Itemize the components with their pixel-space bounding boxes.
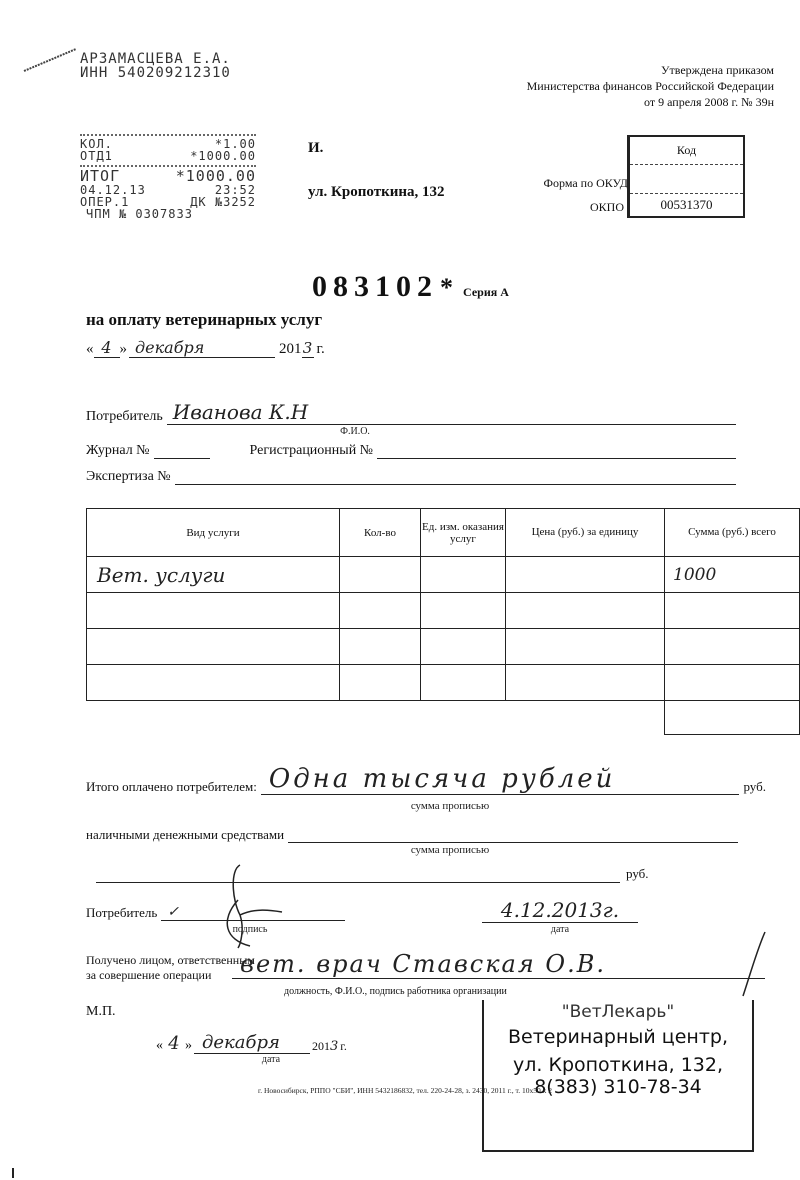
form-date-year-suffix[interactable]: 3 [302, 339, 314, 358]
cell-price[interactable] [506, 593, 665, 629]
stamp-line-1: "ВетЛекарь" [484, 1002, 752, 1022]
table-total-cell[interactable] [665, 701, 800, 735]
received-label-line-2: за совершение операции [86, 968, 255, 983]
seal-date-day[interactable]: 4 [163, 1033, 185, 1054]
cell-price[interactable] [506, 557, 665, 593]
cell-sum[interactable] [665, 665, 800, 701]
registration-label: Регистрационный № [250, 443, 374, 459]
cell-unit[interactable] [421, 593, 506, 629]
consumer-row: Потребитель Иванова К.Н [86, 400, 736, 425]
form-date-day[interactable]: 4 [94, 338, 120, 358]
receipt-eklz: ЧПМ № 0307833 [80, 208, 256, 220]
received-label-line-1: Получено лицом, ответственным [86, 953, 255, 968]
form-series: Серия А [463, 285, 509, 300]
cell-sum[interactable]: 1000 [665, 557, 800, 593]
receipt-divider [80, 134, 256, 136]
receipt-total-value: *1000.00 [176, 169, 256, 184]
printer-footer: г. Новосибирск, РППО "СБИ", ИНН 54321868… [258, 1086, 798, 1095]
cell-price[interactable] [506, 629, 665, 665]
table-row [87, 593, 800, 629]
received-label: Получено лицом, ответственным за соверше… [86, 953, 255, 983]
services-table: Вид услуги Кол-во Ед. изм. оказания услу… [86, 508, 800, 735]
quote-open: « [86, 341, 94, 358]
paid-amount-words[interactable]: Одна тысяча рублей [261, 764, 740, 795]
cell-unit[interactable] [421, 557, 506, 593]
header-total-sum: Сумма (руб.) всего [665, 509, 800, 557]
approval-line-1: Утверждена приказом [527, 62, 774, 78]
paid-unit: руб. [743, 779, 766, 795]
seal-date: « 4 » декабря 201 3 г. [156, 1032, 347, 1054]
consumer-field[interactable]: Иванова К.Н [167, 400, 736, 425]
cash-receipt: АРЗАМАСЦЕВА Е.А. ИНН 540209212310 [80, 52, 260, 80]
journal-label: Журнал № [86, 443, 150, 459]
table-row [87, 629, 800, 665]
seal-place-label: М.П. [86, 1004, 116, 1020]
codes-box: Код 00531370 [627, 135, 745, 218]
registration-field[interactable] [377, 442, 736, 459]
signature-consumer-label: Потребитель [86, 905, 157, 921]
receipt-seller-name: АРЗАМАСЦЕВА Е.А. [80, 52, 260, 66]
cash-row: наличными денежными средствами [86, 826, 738, 843]
approval-line-3: от 9 апреля 2008 г. № 39н [527, 94, 774, 110]
signature-caption: подпись [220, 924, 280, 935]
seal-date-year-unit: г. [340, 1039, 347, 1054]
cell-service[interactable]: Вет. услуги [87, 557, 340, 593]
form-number-row: 083102 * Серия А [312, 270, 509, 304]
okpo-label: ОКПО [520, 200, 624, 215]
header-quantity: Кол-во [340, 509, 421, 557]
paid-caption: сумма прописью [380, 800, 520, 812]
header-unit: Ед. изм. оказания услуг [421, 509, 506, 557]
table-total-row [87, 701, 800, 735]
approval-line-2: Министерства финансов Российской Федерац… [527, 78, 774, 94]
organization-name: И. [308, 140, 323, 157]
cell-service[interactable] [87, 629, 340, 665]
seal-date-month[interactable]: декабря [194, 1032, 310, 1054]
cell-unit[interactable] [421, 665, 506, 701]
form-date-year-unit: г. [317, 341, 325, 358]
signature-date-field[interactable]: 4.12.2013г. [482, 898, 638, 923]
journal-field[interactable] [154, 442, 210, 459]
approval-note: Утверждена приказом Министерства финансо… [527, 62, 774, 110]
table-total-spacer [87, 701, 665, 735]
pen-stroke-mark [20, 45, 80, 75]
header-unit-price: Цена (руб.) за единицу [506, 509, 665, 557]
journal-row: Журнал № Регистрационный № [86, 442, 736, 459]
receipt-body: КОЛ.*1.00 ОТД1*1000.00 ИТОГ*1000.00 04.1… [80, 134, 256, 220]
table-row: Вет. услуги 1000 [87, 557, 800, 593]
stamp-line-2: Ветеринарный центр, [484, 1026, 752, 1048]
cell-quantity[interactable] [340, 665, 421, 701]
cell-quantity[interactable] [340, 593, 421, 629]
seal-date-year-suffix[interactable]: 3 [330, 1039, 338, 1054]
expertise-label: Экспертиза № [86, 469, 171, 485]
receipt-number: ДК №3252 [190, 196, 256, 208]
form-title: на оплату ветеринарных услуг [86, 310, 322, 330]
quote-close: » [185, 1038, 192, 1054]
cash-caption: сумма прописью [380, 844, 520, 856]
cash-unit: руб. [626, 866, 649, 882]
receipt-dept-label: ОТД1 [80, 150, 113, 162]
paid-label: Итого оплачено потребителем: [86, 779, 257, 795]
codes-header: Код [630, 137, 743, 165]
form-number: 083102 [312, 270, 438, 304]
receipt-total-label: ИТОГ [80, 169, 120, 184]
paid-row: Итого оплачено потребителем: Одна тысяча… [86, 764, 766, 795]
okpo-value: 00531370 [630, 194, 743, 216]
form-date-year-prefix: 201 [279, 341, 302, 358]
cash-label: наличными денежными средствами [86, 827, 284, 843]
cell-unit[interactable] [421, 629, 506, 665]
scan-mark [12, 1168, 14, 1178]
okud-value [630, 165, 743, 194]
organization-stamp: "ВетЛекарь" Ветеринарный центр, ул. Кроп… [482, 1000, 754, 1152]
form-date: « 4 » декабря 201 3 г. [86, 338, 325, 358]
quote-open: « [156, 1038, 163, 1054]
stamp-line-3: ул. Кропоткина, 132, [484, 1054, 752, 1076]
cell-quantity[interactable] [340, 629, 421, 665]
seal-date-caption: дата [256, 1054, 286, 1065]
form-number-star: * [440, 273, 453, 303]
cell-sum[interactable] [665, 629, 800, 665]
signature-flourish-icon [735, 930, 775, 1000]
signature-date-caption: дата [530, 924, 590, 935]
header-service-type: Вид услуги [87, 509, 340, 557]
table-row [87, 665, 800, 701]
cell-sum[interactable] [665, 593, 800, 629]
consumer-caption: Ф.И.О. [330, 426, 380, 437]
cell-quantity[interactable] [340, 557, 421, 593]
expertise-field[interactable] [175, 468, 736, 485]
cell-price[interactable] [506, 665, 665, 701]
organization-address: ул. Кропоткина, 132 [308, 184, 445, 201]
table-header-row: Вид услуги Кол-во Ед. изм. оказания услу… [87, 509, 800, 557]
expertise-row: Экспертиза № [86, 468, 736, 485]
receipt-inn: ИНН 540209212310 [80, 66, 260, 80]
cell-service[interactable] [87, 665, 340, 701]
cell-service[interactable] [87, 593, 340, 629]
okud-label: Форма по ОКУД [520, 176, 628, 191]
consumer-label: Потребитель [86, 409, 163, 425]
received-caption: должность, Ф.И.О., подпись работника орг… [284, 986, 507, 997]
quote-close: » [120, 341, 128, 358]
seal-date-year-prefix: 201 [312, 1039, 330, 1054]
cash-field[interactable] [288, 826, 738, 843]
form-date-month[interactable]: декабря [129, 338, 275, 358]
receipt-dept-value: *1000.00 [190, 150, 256, 162]
received-by-field[interactable]: вет. врач Ставская О.В. [232, 950, 765, 979]
handwritten-signature-icon [210, 860, 330, 950]
cash-continuation-line[interactable] [96, 882, 620, 883]
